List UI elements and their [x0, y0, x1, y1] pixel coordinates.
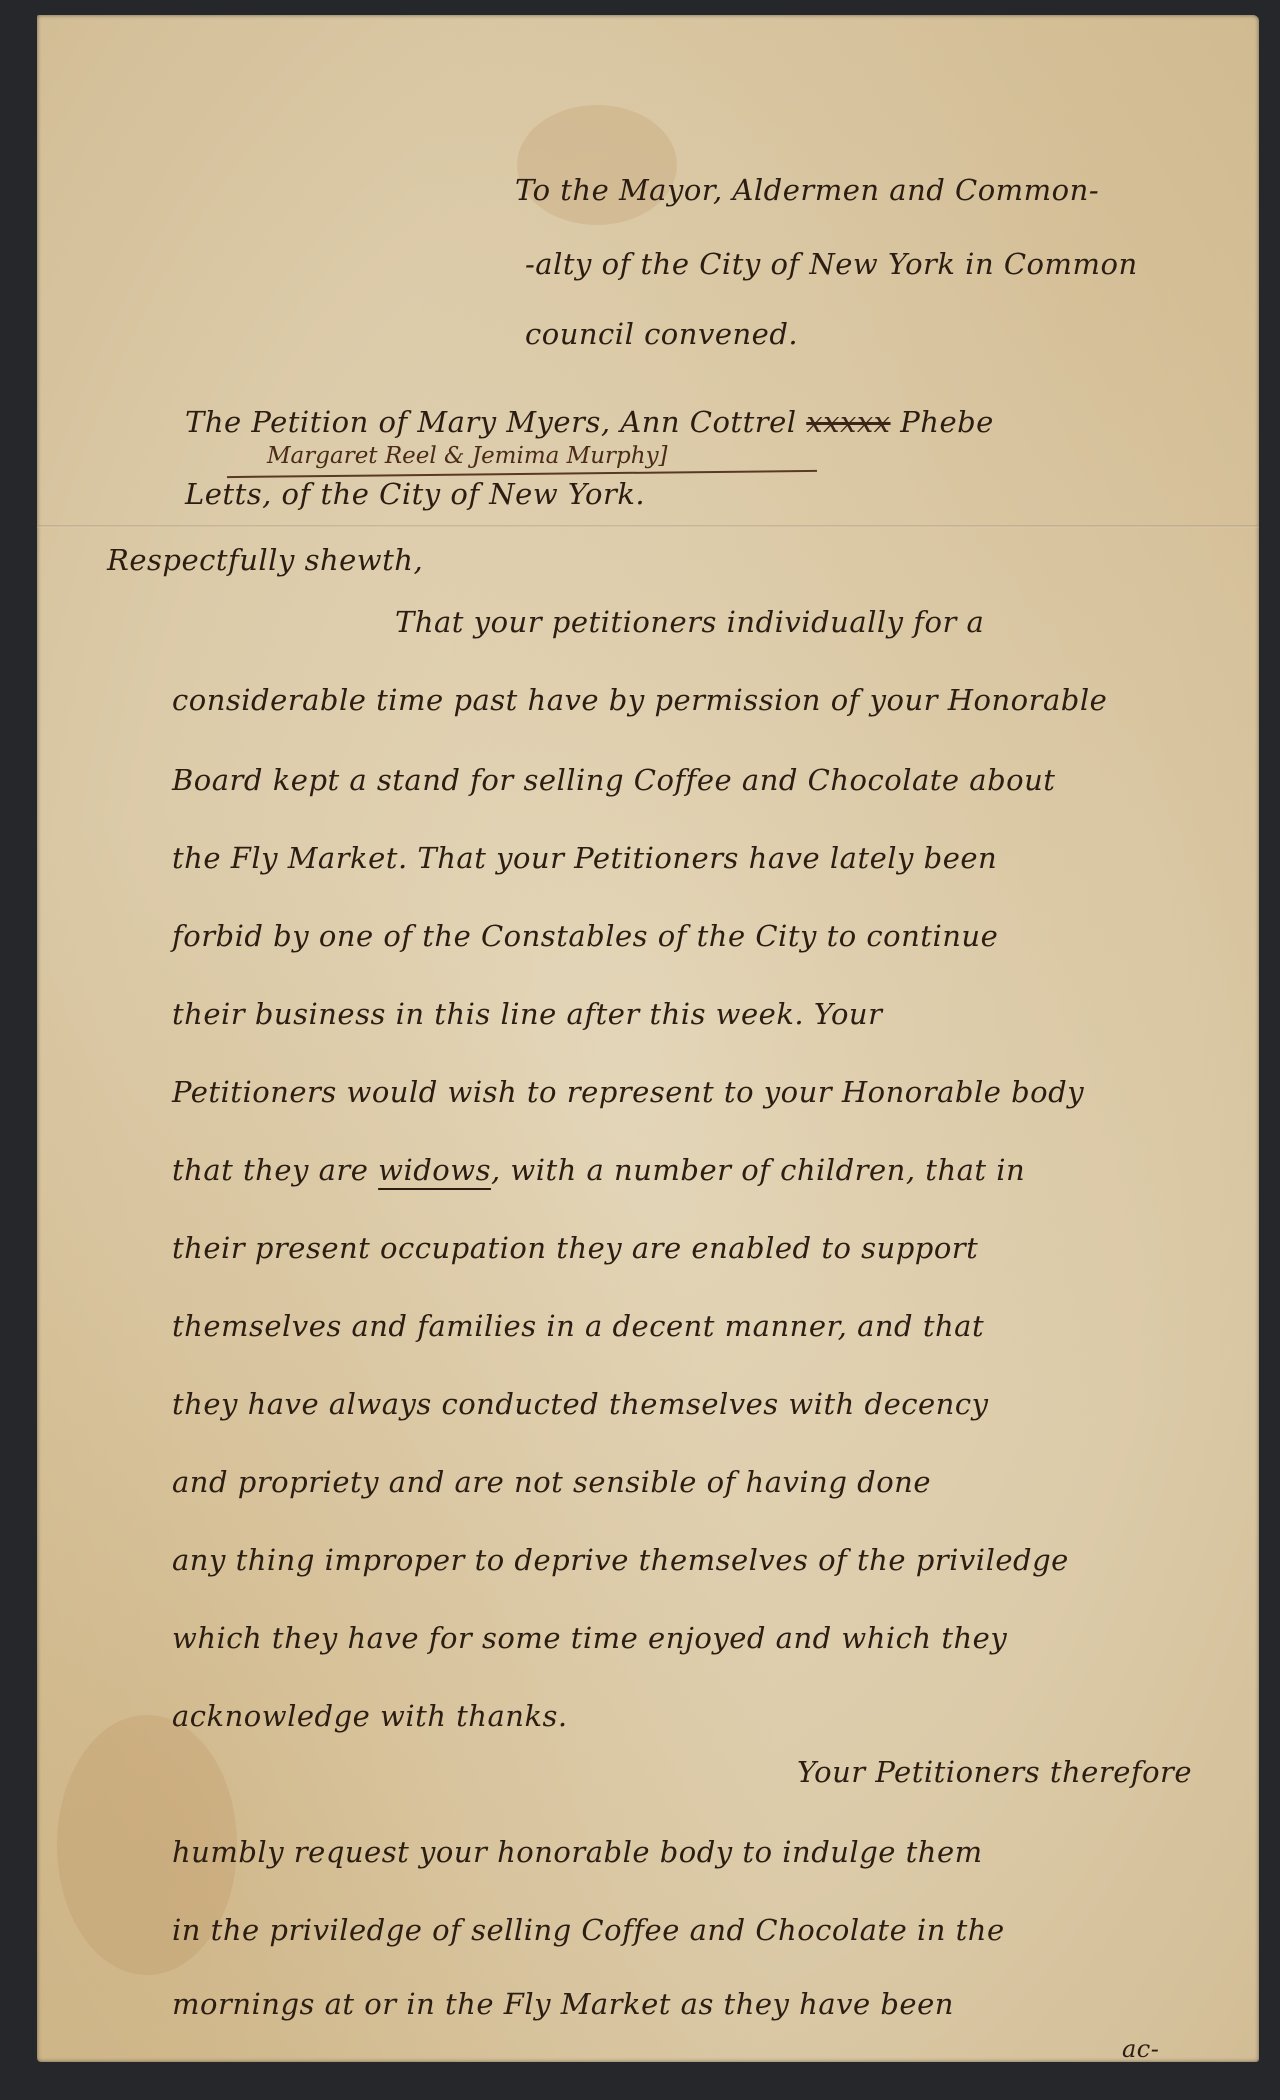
- body-line: which they have for some time enjoyed an…: [172, 1621, 1007, 1655]
- prayer-line: in the priviledge of selling Coffee and …: [172, 1913, 1005, 1947]
- body-text: that they are: [172, 1153, 378, 1187]
- petition-heading-line-1: The Petition of Mary Myers, Ann Cottrel …: [185, 405, 994, 439]
- catchword: ac-: [1122, 2035, 1159, 2063]
- petitioner-names: The Petition of Mary Myers, Ann Cottrel: [185, 405, 797, 439]
- salutation: Respectfully shewth,: [107, 543, 423, 577]
- body-line: their present occupation they are enable…: [172, 1231, 978, 1265]
- address-line-1: To the Mayor, Aldermen and Common-: [515, 173, 1099, 207]
- body-text: , with a number of children, that in: [491, 1153, 1025, 1187]
- body-line: the Fly Market. That your Petitioners ha…: [172, 841, 997, 875]
- prayer-opening: Your Petitioners therefore: [797, 1755, 1192, 1789]
- petition-heading-line-2: Letts, of the City of New York.: [185, 477, 645, 511]
- petitioner-name-phebe: Phebe: [900, 405, 994, 439]
- prayer-line: mornings at or in the Fly Market as they…: [172, 1987, 954, 2021]
- address-line-3: council convened.: [525, 317, 798, 351]
- body-line: That your petitioners individually for a: [395, 605, 984, 639]
- prayer-line: humbly request your honorable body to in…: [172, 1835, 983, 1869]
- body-line: they have always conducted themselves wi…: [172, 1387, 988, 1421]
- manuscript-page: To the Mayor, Aldermen and Common- -alty…: [37, 15, 1259, 2062]
- fold-crease: [37, 525, 1259, 528]
- body-line: any thing improper to deprive themselves…: [172, 1543, 1069, 1577]
- address-line-2: -alty of the City of New York in Common: [525, 247, 1138, 281]
- body-line: their business in this line after this w…: [172, 997, 882, 1031]
- body-line: acknowledge with thanks.: [172, 1699, 568, 1733]
- widows-line: that they are widows, with a number of c…: [172, 1153, 1025, 1187]
- body-line: forbid by one of the Constables of the C…: [172, 919, 998, 953]
- body-line: Board kept a stand for selling Coffee an…: [172, 763, 1055, 797]
- body-line: themselves and families in a decent mann…: [172, 1309, 984, 1343]
- struck-out-text: xxxxx: [806, 405, 890, 439]
- body-line: and propriety and are not sensible of ha…: [172, 1465, 931, 1499]
- body-line: Petitioners would wish to represent to y…: [172, 1075, 1084, 1109]
- underlined-word-widows: widows: [378, 1153, 491, 1187]
- body-line: considerable time past have by permissio…: [172, 683, 1107, 717]
- paper-stain: [517, 105, 677, 225]
- interlinear-insertion: Margaret Reel & Jemima Murphy]: [267, 443, 668, 469]
